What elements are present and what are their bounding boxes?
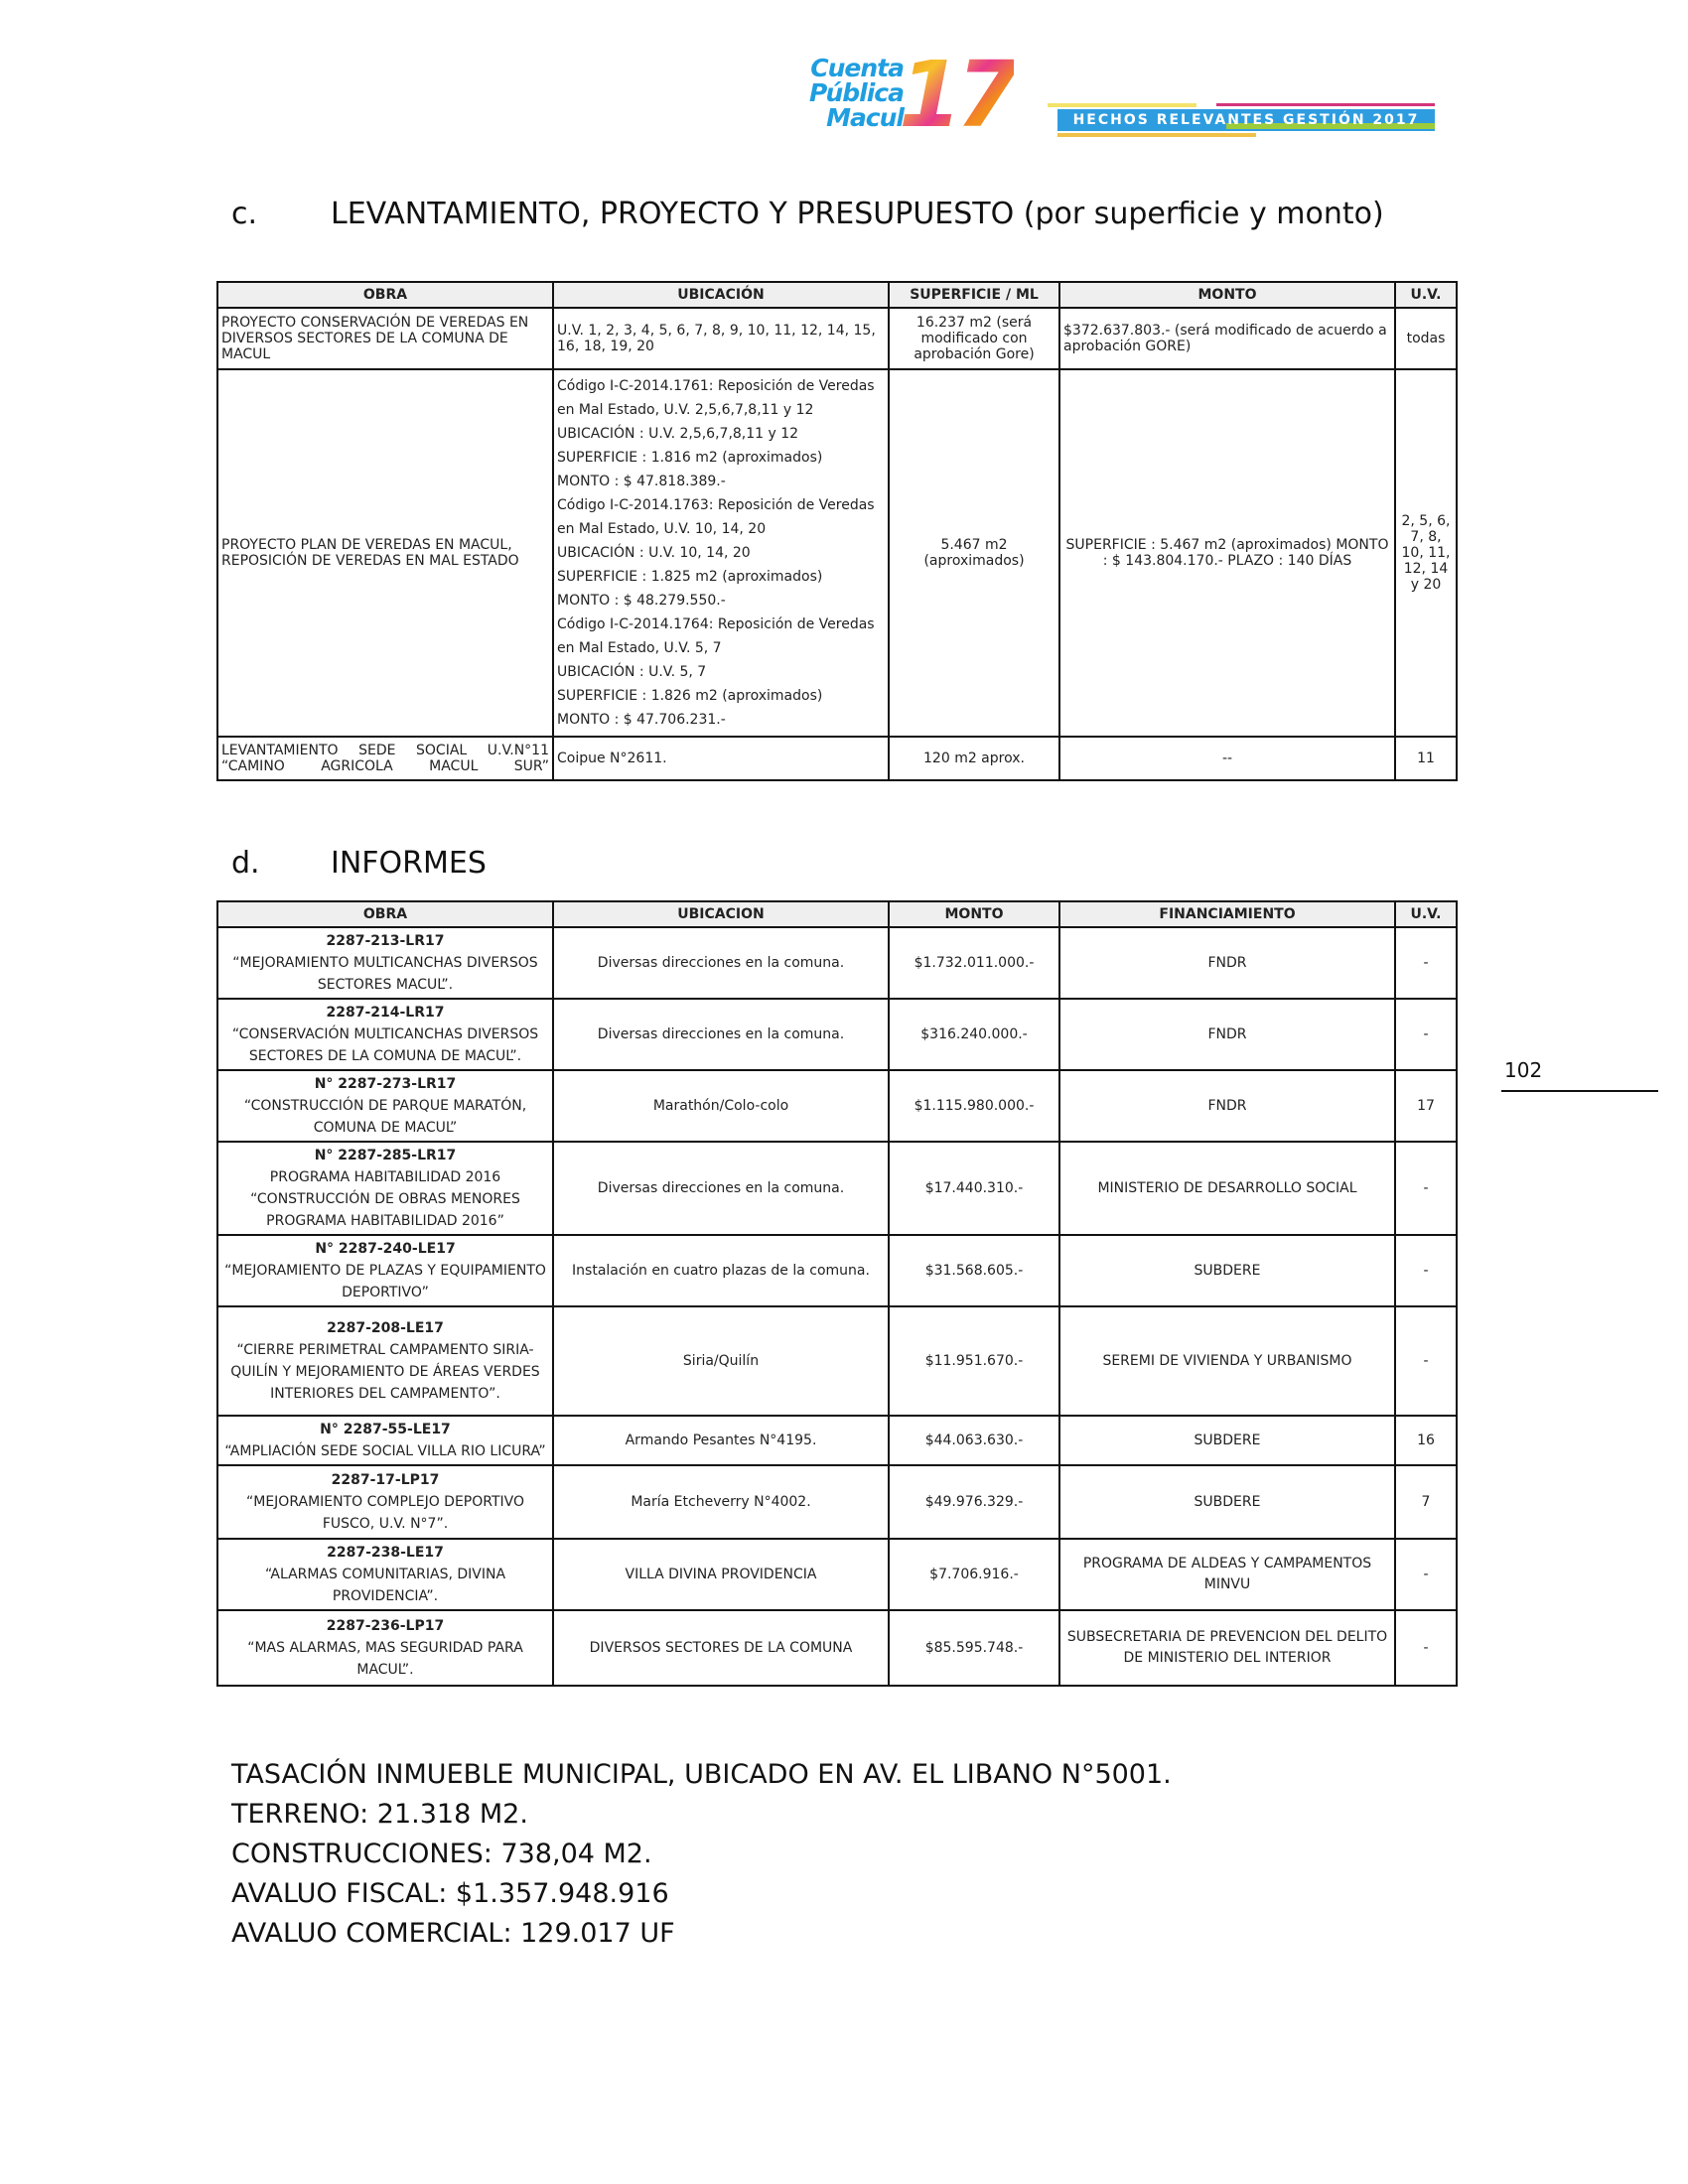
table-row: PROYECTO PLAN DE VEREDAS EN MACUL, REPOS… <box>217 369 1457 737</box>
logo-number: 17 <box>899 50 1014 141</box>
financiamiento-cell: MINISTERIO DE DESARROLLO SOCIAL <box>1059 1142 1395 1235</box>
header-banner: HECHOS RELEVANTES GESTIÓN 2017 <box>1048 103 1445 143</box>
table-row: 2287-238-LE17“ALARMAS COMUNITARIAS, DIVI… <box>217 1539 1457 1610</box>
logo-wordmark: Cuenta Pública Macul <box>774 56 904 130</box>
financiamiento-cell: PROGRAMA DE ALDEAS Y CAMPAMENTOS MINVU <box>1059 1539 1395 1610</box>
column-header: MONTO <box>1059 282 1395 308</box>
project-name: “AMPLIACIÓN SEDE SOCIAL VILLA RIO LICURA… <box>224 1443 545 1459</box>
ubicacion-cell: Armando Pesantes N°4195. <box>553 1416 889 1465</box>
tasacion-line: AVALUO FISCAL: $1.357.948.916 <box>231 1874 1172 1914</box>
uv-cell: 17 <box>1395 1070 1457 1142</box>
project-code: 2287-214-LR17 <box>221 1002 549 1024</box>
project-name: “ALARMAS COMUNITARIAS, DIVINA PROVIDENCI… <box>265 1567 505 1604</box>
page-number-rule <box>1501 1090 1658 1092</box>
tasacion-block: TASACIÓN INMUEBLE MUNICIPAL, UBICADO EN … <box>231 1755 1172 1954</box>
obra-cell: LEVANTAMIENTO SEDE SOCIAL U.V.N°11 “CAMI… <box>217 737 553 780</box>
table-row: 2287-17-LP17“MEJORAMIENTO COMPLEJO DEPOR… <box>217 1465 1457 1539</box>
obra-cell: PROYECTO PLAN DE VEREDAS EN MACUL, REPOS… <box>217 369 553 737</box>
section-title: INFORMES <box>331 846 487 881</box>
ubicacion-line: Código I-C-2014.1764: Reposición de Vere… <box>557 613 885 660</box>
column-header: SUPERFICIE / ML <box>889 282 1059 308</box>
financiamiento-cell: SUBDERE <box>1059 1235 1395 1306</box>
banner-stripe <box>1057 133 1256 137</box>
ubicacion-cell: Coipue N°2611. <box>553 737 889 780</box>
logo-line: Pública <box>774 80 904 105</box>
ubicacion-line: SUPERFICIE : 1.825 m2 (aproximados) <box>557 565 885 589</box>
column-header: FINANCIAMIENTO <box>1059 901 1395 927</box>
ubicacion-line: UBICACIÓN : U.V. 5, 7 <box>557 660 885 684</box>
logo-line: Macul <box>774 105 904 130</box>
project-code: 2287-213-LR17 <box>221 930 549 952</box>
monto-cell: $31.568.605.- <box>889 1235 1059 1306</box>
column-header: U.V. <box>1395 282 1457 308</box>
obra-cell: 2287-214-LR17“CONSERVACIÓN MULTICANCHAS … <box>217 999 553 1070</box>
column-header: U.V. <box>1395 901 1457 927</box>
section-d-heading: d.INFORMES <box>231 846 487 881</box>
ubicacion-cell: Siria/Quilín <box>553 1306 889 1416</box>
financiamiento-cell: SUBSECRETARIA DE PREVENCION DEL DELITO D… <box>1059 1610 1395 1686</box>
table-row: PROYECTO CONSERVACIÓN DE VEREDAS EN DIVE… <box>217 308 1457 369</box>
financiamiento-cell: FNDR <box>1059 927 1395 999</box>
section-letter: c. <box>231 197 331 231</box>
table-header-row: OBRA UBICACION MONTO FINANCIAMIENTO U.V. <box>217 901 1457 927</box>
column-header: MONTO <box>889 901 1059 927</box>
column-header: OBRA <box>217 901 553 927</box>
ubicacion-line: Coipue N°2611. <box>557 751 885 766</box>
table-row: LEVANTAMIENTO SEDE SOCIAL U.V.N°11 “CAMI… <box>217 737 1457 780</box>
uv-cell: todas <box>1395 308 1457 369</box>
section-title: LEVANTAMIENTO, PROYECTO Y PRESUPUESTO (p… <box>331 197 1384 231</box>
uv-cell: - <box>1395 1142 1457 1235</box>
project-name: “CIERRE PERIMETRAL CAMPAMENTO SIRIA-QUIL… <box>230 1342 539 1402</box>
ubicacion-cell: Diversas direcciones en la comuna. <box>553 1142 889 1235</box>
tasacion-line: TASACIÓN INMUEBLE MUNICIPAL, UBICADO EN … <box>231 1755 1172 1795</box>
levantamiento-table: OBRA UBICACIÓN SUPERFICIE / ML MONTO U.V… <box>216 281 1458 781</box>
obra-cell: N° 2287-285-LR17PROGRAMA HABITABILIDAD 2… <box>217 1142 553 1235</box>
financiamiento-cell: SUBDERE <box>1059 1416 1395 1465</box>
uv-cell: - <box>1395 1610 1457 1686</box>
obra-cell: 2287-17-LP17“MEJORAMIENTO COMPLEJO DEPOR… <box>217 1465 553 1539</box>
project-code: 2287-208-LE17 <box>221 1317 549 1339</box>
table-row: 2287-236-LP17“MAS ALARMAS, MAS SEGURIDAD… <box>217 1610 1457 1686</box>
obra-cell: 2287-236-LP17“MAS ALARMAS, MAS SEGURIDAD… <box>217 1610 553 1686</box>
table-row: N° 2287-273-LR17“CONSTRUCCIÓN DE PARQUE … <box>217 1070 1457 1142</box>
banner-stripe <box>1216 103 1435 106</box>
table-row: 2287-213-LR17“MEJORAMIENTO MULTICANCHAS … <box>217 927 1457 999</box>
uv-cell: 7 <box>1395 1465 1457 1539</box>
monto-cell: $372.637.803.- (será modificado de acuer… <box>1059 308 1395 369</box>
ubicacion-line: Código I-C-2014.1763: Reposición de Vere… <box>557 493 885 541</box>
monto-cell: $316.240.000.- <box>889 999 1059 1070</box>
obra-cell: 2287-208-LE17“CIERRE PERIMETRAL CAMPAMEN… <box>217 1306 553 1416</box>
ubicacion-line: MONTO : $ 47.818.389.- <box>557 470 885 493</box>
project-code: N° 2287-273-LR17 <box>221 1073 549 1095</box>
table-header-row: OBRA UBICACIÓN SUPERFICIE / ML MONTO U.V… <box>217 282 1457 308</box>
ubicacion-cell: Diversas direcciones en la comuna. <box>553 927 889 999</box>
ubicacion-line: Código I-C-2014.1761: Reposición de Vere… <box>557 374 885 422</box>
project-name: “CONSTRUCCIÓN DE PARQUE MARATÓN, COMUNA … <box>244 1098 526 1136</box>
project-name: “CONSERVACIÓN MULTICANCHAS DIVERSOS SECT… <box>232 1026 538 1064</box>
obra-cell: N° 2287-273-LR17“CONSTRUCCIÓN DE PARQUE … <box>217 1070 553 1142</box>
uv-cell: - <box>1395 1235 1457 1306</box>
section-c-heading: c.LEVANTAMIENTO, PROYECTO Y PRESUPUESTO … <box>231 197 1384 231</box>
obra-cell: PROYECTO CONSERVACIÓN DE VEREDAS EN DIVE… <box>217 308 553 369</box>
project-code: N° 2287-285-LR17 <box>221 1145 549 1166</box>
project-name: “MEJORAMIENTO DE PLAZAS Y EQUIPAMIENTO D… <box>224 1263 546 1300</box>
page-number: 102 <box>1504 1058 1542 1082</box>
monto-cell: $49.976.329.- <box>889 1465 1059 1539</box>
banner-stripe <box>1048 103 1196 107</box>
superficie-cell: 5.467 m2 (aproximados) <box>889 369 1059 737</box>
uv-cell: 16 <box>1395 1416 1457 1465</box>
ubicacion-line: SUPERFICIE : 1.826 m2 (aproximados) <box>557 684 885 708</box>
monto-cell: $7.706.916.- <box>889 1539 1059 1610</box>
ubicacion-cell: Diversas direcciones en la comuna. <box>553 999 889 1070</box>
project-code: 2287-238-LE17 <box>221 1542 549 1564</box>
uv-cell: - <box>1395 1539 1457 1610</box>
monto-cell: $1.732.011.000.- <box>889 927 1059 999</box>
monto-cell: -- <box>1059 737 1395 780</box>
ubicacion-line: U.V. 1, 2, 3, 4, 5, 6, 7, 8, 9, 10, 11, … <box>557 323 885 354</box>
column-header: UBICACION <box>553 901 889 927</box>
ubicacion-line: SUPERFICIE : 1.816 m2 (aproximados) <box>557 446 885 470</box>
table-row: 2287-214-LR17“CONSERVACIÓN MULTICANCHAS … <box>217 999 1457 1070</box>
ubicacion-line: UBICACIÓN : U.V. 2,5,6,7,8,11 y 12 <box>557 422 885 446</box>
obra-cell: N° 2287-55-LE17“AMPLIACIÓN SEDE SOCIAL V… <box>217 1416 553 1465</box>
ubicacion-cell: U.V. 1, 2, 3, 4, 5, 6, 7, 8, 9, 10, 11, … <box>553 308 889 369</box>
column-header: OBRA <box>217 282 553 308</box>
obra-cell: 2287-238-LE17“ALARMAS COMUNITARIAS, DIVI… <box>217 1539 553 1610</box>
project-code: N° 2287-240-LE17 <box>221 1238 549 1260</box>
uv-cell: - <box>1395 999 1457 1070</box>
monto-cell: $1.115.980.000.- <box>889 1070 1059 1142</box>
ubicacion-line: MONTO : $ 48.279.550.- <box>557 589 885 613</box>
financiamiento-cell: FNDR <box>1059 999 1395 1070</box>
project-code: 2287-17-LP17 <box>221 1469 549 1491</box>
ubicacion-cell: Código I-C-2014.1761: Reposición de Vere… <box>553 369 889 737</box>
project-name: PROGRAMA HABITABILIDAD 2016 “CONSTRUCCIÓ… <box>250 1169 520 1229</box>
ubicacion-line: MONTO : $ 47.706.231.- <box>557 708 885 732</box>
monto-cell: $85.595.748.- <box>889 1610 1059 1686</box>
ubicacion-cell: Marathón/Colo-colo <box>553 1070 889 1142</box>
tasacion-line: TERRENO: 21.318 M2. <box>231 1795 1172 1835</box>
project-name: “MEJORAMIENTO COMPLEJO DEPORTIVO FUSCO, … <box>246 1494 524 1532</box>
tasacion-line: AVALUO COMERCIAL: 129.017 UF <box>231 1914 1172 1954</box>
uv-cell: - <box>1395 1306 1457 1416</box>
ubicacion-cell: María Etcheverry N°4002. <box>553 1465 889 1539</box>
monto-cell: $44.063.630.- <box>889 1416 1059 1465</box>
table-row: N° 2287-55-LE17“AMPLIACIÓN SEDE SOCIAL V… <box>217 1416 1457 1465</box>
monto-cell: $11.951.670.- <box>889 1306 1059 1416</box>
project-code: 2287-236-LP17 <box>221 1615 549 1637</box>
uv-cell: - <box>1395 927 1457 999</box>
informes-table: OBRA UBICACION MONTO FINANCIAMIENTO U.V.… <box>216 900 1458 1687</box>
obra-cell: N° 2287-240-LE17“MEJORAMIENTO DE PLAZAS … <box>217 1235 553 1306</box>
project-code: N° 2287-55-LE17 <box>221 1419 549 1440</box>
monto-cell: SUPERFICIE : 5.467 m2 (aproximados) MONT… <box>1059 369 1395 737</box>
column-header: UBICACIÓN <box>553 282 889 308</box>
uv-cell: 2, 5, 6, 7, 8, 10, 11, 12, 14 y 20 <box>1395 369 1457 737</box>
ubicacion-cell: Instalación en cuatro plazas de la comun… <box>553 1235 889 1306</box>
table-row: 2287-208-LE17“CIERRE PERIMETRAL CAMPAMEN… <box>217 1306 1457 1416</box>
financiamiento-cell: SUBDERE <box>1059 1465 1395 1539</box>
obra-cell: 2287-213-LR17“MEJORAMIENTO MULTICANCHAS … <box>217 927 553 999</box>
logo-line: Cuenta <box>774 56 904 80</box>
section-letter: d. <box>231 846 331 881</box>
ubicacion-cell: VILLA DIVINA PROVIDENCIA <box>553 1539 889 1610</box>
table-row: N° 2287-285-LR17PROGRAMA HABITABILIDAD 2… <box>217 1142 1457 1235</box>
ubicacion-line: UBICACIÓN : U.V. 10, 14, 20 <box>557 541 885 565</box>
tasacion-line: CONSTRUCCIONES: 738,04 M2. <box>231 1835 1172 1874</box>
financiamiento-cell: FNDR <box>1059 1070 1395 1142</box>
superficie-cell: 16.237 m2 (será modificado con aprobació… <box>889 308 1059 369</box>
financiamiento-cell: SEREMI DE VIVIENDA Y URBANISMO <box>1059 1306 1395 1416</box>
superficie-cell: 120 m2 aprox. <box>889 737 1059 780</box>
project-name: “MAS ALARMAS, MAS SEGURIDAD PARA MACUL”. <box>247 1640 523 1678</box>
banner-label: HECHOS RELEVANTES GESTIÓN 2017 <box>1067 110 1425 130</box>
ubicacion-cell: DIVERSOS SECTORES DE LA COMUNA <box>553 1610 889 1686</box>
page-header: Cuenta Pública Macul 17 HECHOS RELEVANTE… <box>774 52 1450 151</box>
project-name: “MEJORAMIENTO MULTICANCHAS DIVERSOS SECT… <box>232 955 537 993</box>
table-row: N° 2287-240-LE17“MEJORAMIENTO DE PLAZAS … <box>217 1235 1457 1306</box>
monto-cell: $17.440.310.- <box>889 1142 1059 1235</box>
uv-cell: 11 <box>1395 737 1457 780</box>
